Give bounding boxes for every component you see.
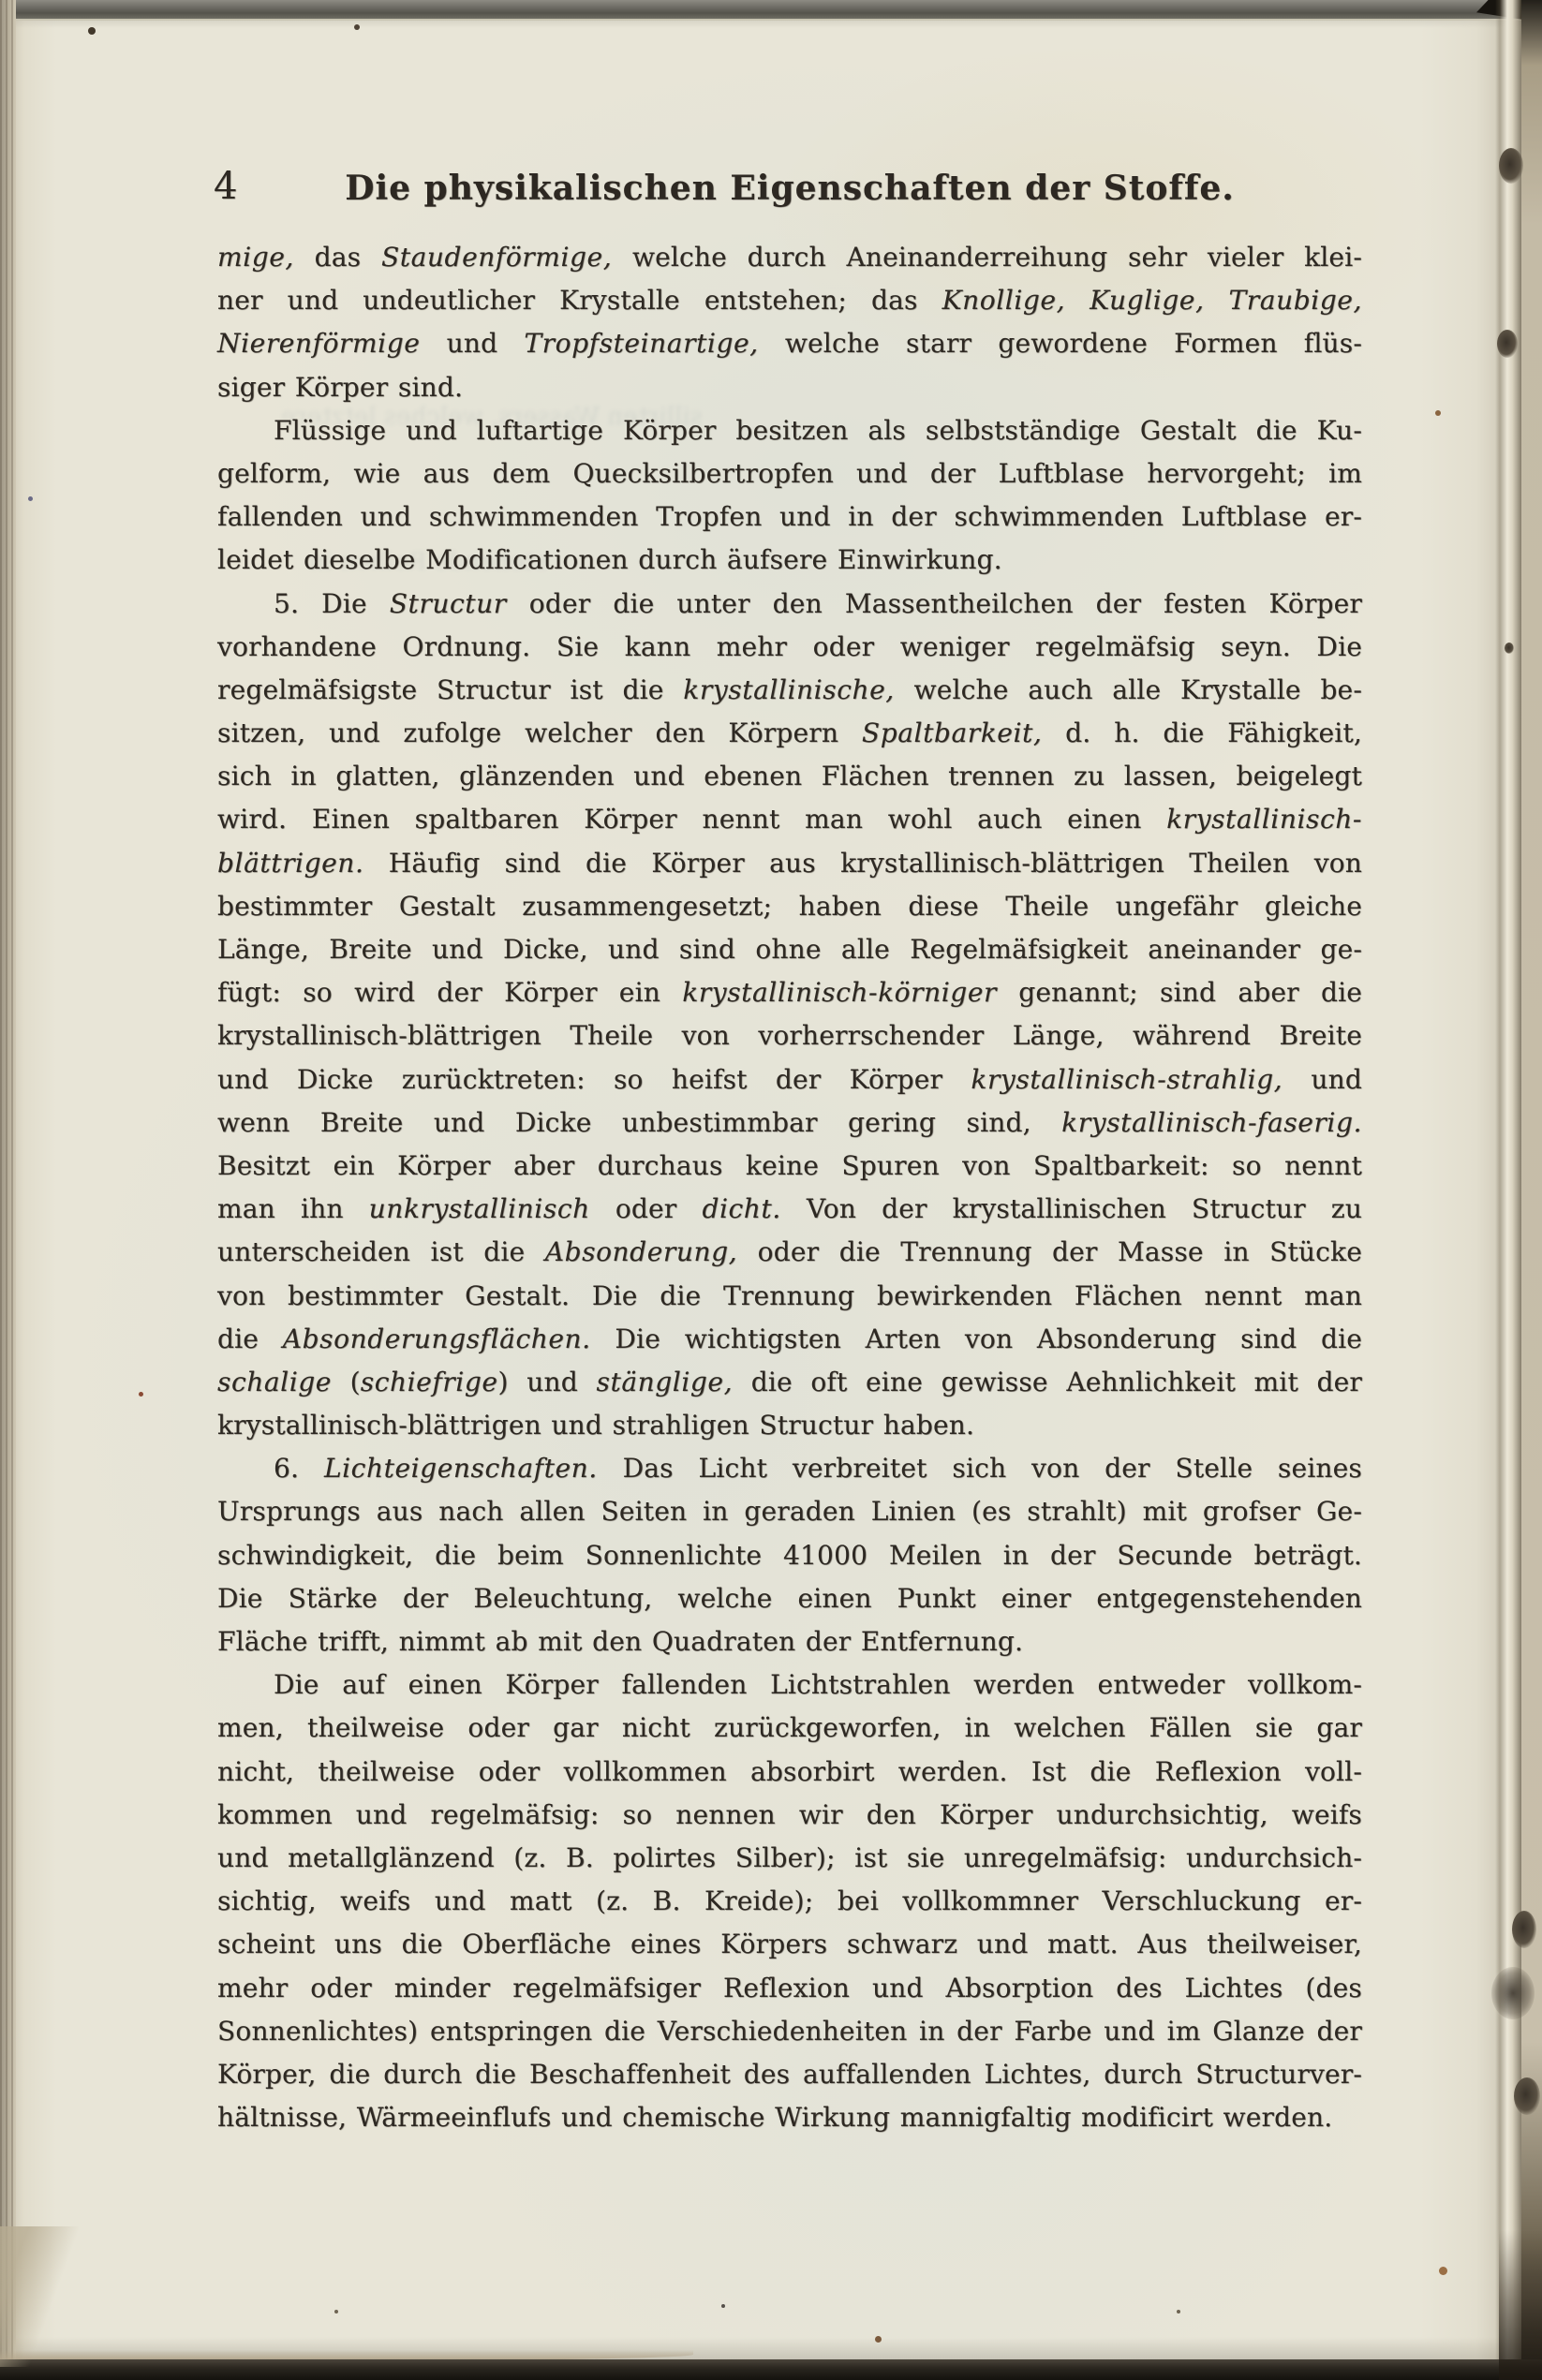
text-segment: welche durch Aneinanderreihung sehr viel… [612, 242, 1362, 273]
text-line: wenn Breite und Dicke unbestimmbar gerin… [217, 1101, 1362, 1145]
text-segment: gelform, wie aus dem Quecksilbertropfen … [217, 458, 1362, 489]
text-line: Ursprungs aus nach allen Seiten in gerad… [217, 1490, 1362, 1533]
text-segment: Das Licht verbreitet sich von der Stelle… [598, 1453, 1362, 1484]
binding-gutter [1521, 0, 1542, 2380]
italic-term: Knollige, [942, 285, 1065, 316]
text-segment: Flüssige und luftartige Körper besitzen … [274, 415, 1362, 446]
text-segment: nicht, theilweise oder vollkommen absorb… [217, 1756, 1362, 1787]
text-segment: vorhandene Ordnung. Sie kann mehr oder w… [217, 631, 1362, 662]
book-page-scan: { "colors": { "paper": "#e8e5d7", "ink":… [0, 0, 1542, 2380]
text-segment: krystallinisch-blättrigen und strahligen… [217, 1410, 974, 1441]
italic-term: krystallinisch-strahlig, [971, 1064, 1283, 1095]
text-line: wird. Einen spaltbaren Körper nennt man … [217, 798, 1362, 841]
text-segment: Ursprungs aus nach allen Seiten in gerad… [217, 1496, 1362, 1527]
text-segment: von bestimmter Gestalt. Die die Trennung… [217, 1280, 1362, 1311]
text-segment: welche auch alle Krystalle be- [895, 674, 1362, 705]
text-line: ner und undeutlicher Krystalle entstehen… [217, 279, 1362, 322]
text-segment: wenn Breite und Dicke unbestimmbar gerin… [217, 1107, 1061, 1138]
text-line: unterscheiden ist die Absonderung, oder … [217, 1231, 1362, 1274]
text-segment: 6. [274, 1453, 324, 1484]
italic-term: Kuglige, [1090, 285, 1204, 316]
text-segment: Die auf einen Körper fallenden Lichtstra… [274, 1669, 1362, 1700]
text-segment [1204, 285, 1228, 316]
text-segment: ( [332, 1367, 361, 1397]
text-segment: man ihn [217, 1193, 369, 1224]
text-segment: men, theilweise oder gar nicht zurückgew… [217, 1712, 1362, 1743]
italic-term: Absonderungsflächen. [283, 1323, 591, 1354]
text-line: Fläche trifft, nimmt ab mit den Quadrate… [217, 1620, 1362, 1663]
text-line: fallenden und schwimmenden Tropfen und i… [217, 495, 1362, 539]
text-line: nicht, theilweise oder vollkommen absorb… [217, 1751, 1362, 1794]
page-edge-top [0, 0, 1542, 21]
text-line: vorhandene Ordnung. Sie kann mehr oder w… [217, 626, 1362, 669]
italic-term: unkrystallinisch [369, 1193, 590, 1224]
text-line: die Absonderungsflächen. Die wichtigsten… [217, 1318, 1362, 1361]
text-segment: ner und undeutlicher Krystalle entstehen… [217, 285, 942, 316]
text-segment: sich in glatten, glänzenden und ebenen F… [217, 761, 1362, 791]
text-segment: ) und [498, 1367, 597, 1397]
paper-speck [875, 2336, 882, 2343]
text-line: blättrigen. Häufig sind die Körper aus k… [217, 842, 1362, 885]
text-segment: 5. Die [274, 588, 390, 619]
text-line: Länge, Breite und Dicke, und sind ohne a… [217, 928, 1362, 971]
text-segment: und metallglänzend (z. B. polirtes Silbe… [217, 1842, 1362, 1873]
page-scan: sillirten Wassers, welches letztere steh… [0, 0, 1542, 2380]
text-line: kommen und regelmäfsig: so nennen wir de… [217, 1794, 1362, 1837]
text-segment: fallenden und schwimmenden Tropfen und i… [217, 501, 1362, 532]
text-segment: die [217, 1323, 283, 1354]
italic-term: Staudenförmige, [381, 242, 612, 273]
text-line: mige, das Staudenförmige, welche durch A… [217, 236, 1362, 279]
italic-term: krystallinische, [683, 674, 895, 705]
stitch-hole [1514, 2077, 1540, 2115]
ink-smudge [1491, 1967, 1535, 2019]
italic-term: Nierenförmige [217, 328, 420, 359]
text-line: schwindigkeit, die beim Sonnenlichte 410… [217, 1534, 1362, 1577]
text-line: 5. Die Structur oder die unter den Masse… [217, 583, 1362, 626]
text-line: sitzen, und zufolge welcher den Körpern … [217, 712, 1362, 755]
paper-speck [139, 1392, 143, 1397]
paper-speck [721, 2304, 725, 2308]
text-segment: mehr oder minder regelmäfsiger Reflexion… [217, 1973, 1362, 2003]
paper-speck [354, 24, 360, 30]
text-line: und metallglänzend (z. B. polirtes Silbe… [217, 1837, 1362, 1880]
text-segment: bestimmter Gestalt zusammengesetzt; habe… [217, 891, 1362, 922]
text-segment: Sonnenlichtes) entspringen die Verschied… [217, 2016, 1362, 2047]
paper-speck [1177, 2310, 1180, 2313]
text-segment: unterscheiden ist die [217, 1236, 545, 1267]
italic-term: mige, [217, 242, 294, 273]
text-segment: leidet dieselbe Modificationen durch äuf… [217, 544, 1002, 575]
text-segment: sichtig, weifs und matt (z. B. Kreide); … [217, 1885, 1362, 1916]
text-line: sich in glatten, glänzenden und ebenen F… [217, 755, 1362, 798]
text-line: Die auf einen Körper fallenden Lichtstra… [217, 1663, 1362, 1707]
text-line: fügt: so wird der Körper ein krystallini… [217, 971, 1362, 1014]
text-line: von bestimmter Gestalt. Die die Trennung… [217, 1275, 1362, 1318]
text-segment: fügt: so wird der Körper ein [217, 977, 682, 1008]
text-segment: kommen und regelmäfsig: so nennen wir de… [217, 1799, 1362, 1830]
text-line: Besitzt ein Körper aber durchaus keine S… [217, 1145, 1362, 1188]
text-segment: Die wichtigsten Arten von Absonderung si… [591, 1323, 1362, 1354]
text-segment: das [294, 242, 381, 273]
paper-speck [1439, 2267, 1447, 2275]
italic-term: Spaltbarkeit, [862, 717, 1042, 748]
text-line: scheint uns die Oberfläche eines Körpers… [217, 1923, 1362, 1966]
text-line: und Dicke zurücktreten: so heifst der Kö… [217, 1058, 1362, 1101]
text-segment: sitzen, und zufolge welcher den Körpern [217, 717, 862, 748]
text-segment: scheint uns die Oberfläche eines Körpers… [217, 1929, 1362, 1959]
text-segment: Körper, die durch die Beschaffenheit des… [217, 2059, 1362, 2090]
text-segment: oder die Trennung der Masse in Stücke [737, 1236, 1362, 1267]
text-line: Die Stärke der Beleuchtung, welche einen… [217, 1577, 1362, 1620]
text-line: hältnisse, Wärmeeinflufs und chemische W… [217, 2096, 1362, 2139]
italic-term: Absonderung, [545, 1236, 737, 1267]
text-line: mehr oder minder regelmäfsiger Reflexion… [217, 1967, 1362, 2010]
text-line: sichtig, weifs und matt (z. B. Kreide); … [217, 1880, 1362, 1923]
italic-term: krystallinisch-körniger [682, 977, 997, 1008]
italic-term: blättrigen. [217, 848, 363, 879]
text-segment: welche starr gewordene Formen flüs- [759, 328, 1362, 359]
text-segment: oder die unter den Massentheilchen der f… [507, 588, 1362, 619]
stitch-hole [1499, 148, 1523, 184]
text-segment: und [1283, 1064, 1362, 1095]
text-line: Flüssige und luftartige Körper besitzen … [217, 409, 1362, 452]
text-segment: d. h. die Fähigkeit, [1042, 717, 1362, 748]
text-segment: Länge, Breite und Dicke, und sind ohne a… [217, 934, 1362, 965]
italic-term: krystallinisch- [1166, 804, 1362, 835]
text-line: Nierenförmige und Tropfsteinartige, welc… [217, 322, 1362, 365]
text-line: krystallinisch-blättrigen Theile von vor… [217, 1014, 1362, 1057]
page-edge-bottom [0, 2359, 1542, 2380]
page-header-title: Die physikalischen Eigenschaften der Sto… [217, 169, 1362, 208]
italic-term: schalige [217, 1367, 332, 1397]
text-line: men, theilweise oder gar nicht zurückgew… [217, 1707, 1362, 1750]
text-line: Sonnenlichtes) entspringen die Verschied… [217, 2010, 1362, 2053]
stitch-hole [1512, 1911, 1536, 1948]
text-segment: Die Stärke der Beleuchtung, welche einen… [217, 1583, 1362, 1614]
text-segment: siger Körper sind. [217, 372, 463, 403]
italic-term: Structur [390, 588, 507, 619]
text-line: siger Körper sind. [217, 366, 1362, 409]
italic-term: Tropfsteinartige, [524, 328, 758, 359]
italic-term: dicht. [702, 1193, 780, 1224]
paper-speck [28, 496, 33, 501]
text-line: leidet dieselbe Modificationen durch äuf… [217, 539, 1362, 582]
text-line: bestimmter Gestalt zusammengesetzt; habe… [217, 885, 1362, 928]
paper-speck [334, 2310, 338, 2313]
text-line: Körper, die durch die Beschaffenheit des… [217, 2053, 1362, 2096]
italic-term: schiefrige [361, 1367, 498, 1397]
text-segment [1065, 285, 1090, 316]
text-segment: und [420, 328, 524, 359]
text-segment: schwindigkeit, die beim Sonnenlichte 410… [217, 1540, 1362, 1571]
text-line: regelmäfsigste Structur ist die krystall… [217, 669, 1362, 712]
italic-term: krystallinisch-faserig. [1061, 1107, 1362, 1138]
page-corner-bottom-left [0, 2226, 79, 2367]
text-segment: genannt; sind aber die [997, 977, 1362, 1008]
italic-term: Traubige, [1229, 285, 1362, 316]
text-segment: wird. Einen spaltbaren Körper nennt man … [217, 804, 1166, 835]
text-line: krystallinisch-blättrigen und strahligen… [217, 1404, 1362, 1447]
text-segment: Von der krystallinischen Structur zu [781, 1193, 1362, 1224]
text-segment: oder [590, 1193, 703, 1224]
text-line: gelform, wie aus dem Quecksilbertropfen … [217, 452, 1362, 495]
text-line: 6. Lichteigenschaften. Das Licht verbrei… [217, 1447, 1362, 1490]
page-corner-bottom-right [1499, 2230, 1542, 2380]
text-segment: die oft eine gewisse Aehnlichkeit mit de… [733, 1367, 1362, 1397]
text-line: schalige (schiefrige) und stänglige, die… [217, 1361, 1362, 1404]
text-segment: Besitzt ein Körper aber durchaus keine S… [217, 1150, 1362, 1181]
text-segment: Fläche trifft, nimmt ab mit den Quadrate… [217, 1626, 1023, 1657]
text-segment: hältnisse, Wärmeeinflufs und chemische W… [217, 2102, 1332, 2133]
italic-term: stänglige, [597, 1367, 734, 1397]
page-edge-left [0, 0, 16, 2380]
text-line: man ihn unkrystallinisch oder dicht. Von… [217, 1188, 1362, 1231]
text-segment: krystallinisch-blättrigen Theile von vor… [217, 1020, 1362, 1051]
stitch-hole [1497, 330, 1518, 358]
italic-term: Lichteigenschaften. [324, 1453, 598, 1484]
page-body-text: mige, das Staudenförmige, welche durch A… [217, 236, 1362, 2139]
text-segment: regelmäfsigste Structur ist die [217, 674, 683, 705]
text-segment: Häufig sind die Körper aus krystallinisc… [363, 848, 1362, 879]
text-segment: und Dicke zurücktreten: so heifst der Kö… [217, 1064, 971, 1095]
stitch-hole [1505, 643, 1514, 654]
paper-speck [1435, 410, 1441, 416]
paper-speck [88, 27, 96, 35]
